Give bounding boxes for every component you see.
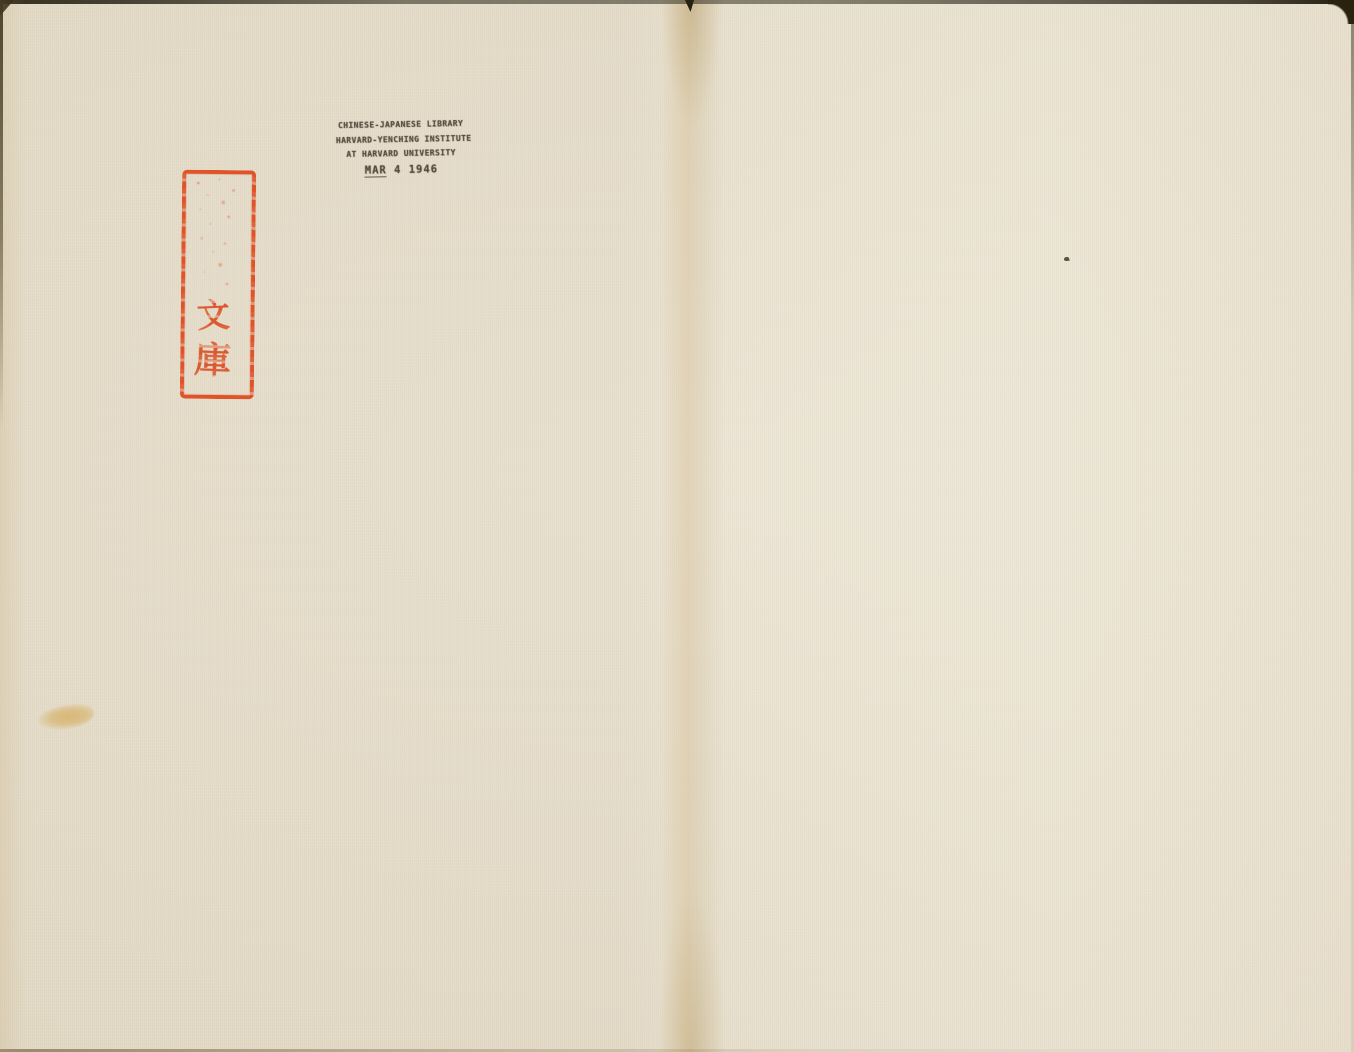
dark-speck [1064, 257, 1069, 261]
red-owner-seal: 文 庫 [180, 170, 256, 400]
stamp-date-day: 4 [394, 164, 402, 176]
scan-edge-left [0, 0, 3, 430]
scan-edge-top [0, 0, 1354, 4]
library-accession-stamp: CHINESE-JAPANESE LIBRARY HARVARD-YENCHIN… [335, 117, 466, 179]
seal-faded-characters [187, 176, 245, 297]
stamp-date-month: MAR [365, 164, 387, 178]
stamp-date: MAR 4 1946 [336, 162, 466, 179]
stamp-line-university: AT HARVARD UNIVERSITY [336, 146, 466, 163]
scan-corner-top-right [1328, 0, 1354, 24]
left-edge-toning [0, 0, 26, 1052]
scanned-page-spread: 文 庫 CHINESE-JAPANESE LIBRARY HARVARD-YEN… [0, 0, 1354, 1052]
stamp-date-year: 1946 [409, 163, 439, 176]
seal-character-ko: 庫 [183, 329, 242, 386]
paper-stain [37, 702, 96, 733]
page-fold-gutter [640, 0, 740, 1052]
